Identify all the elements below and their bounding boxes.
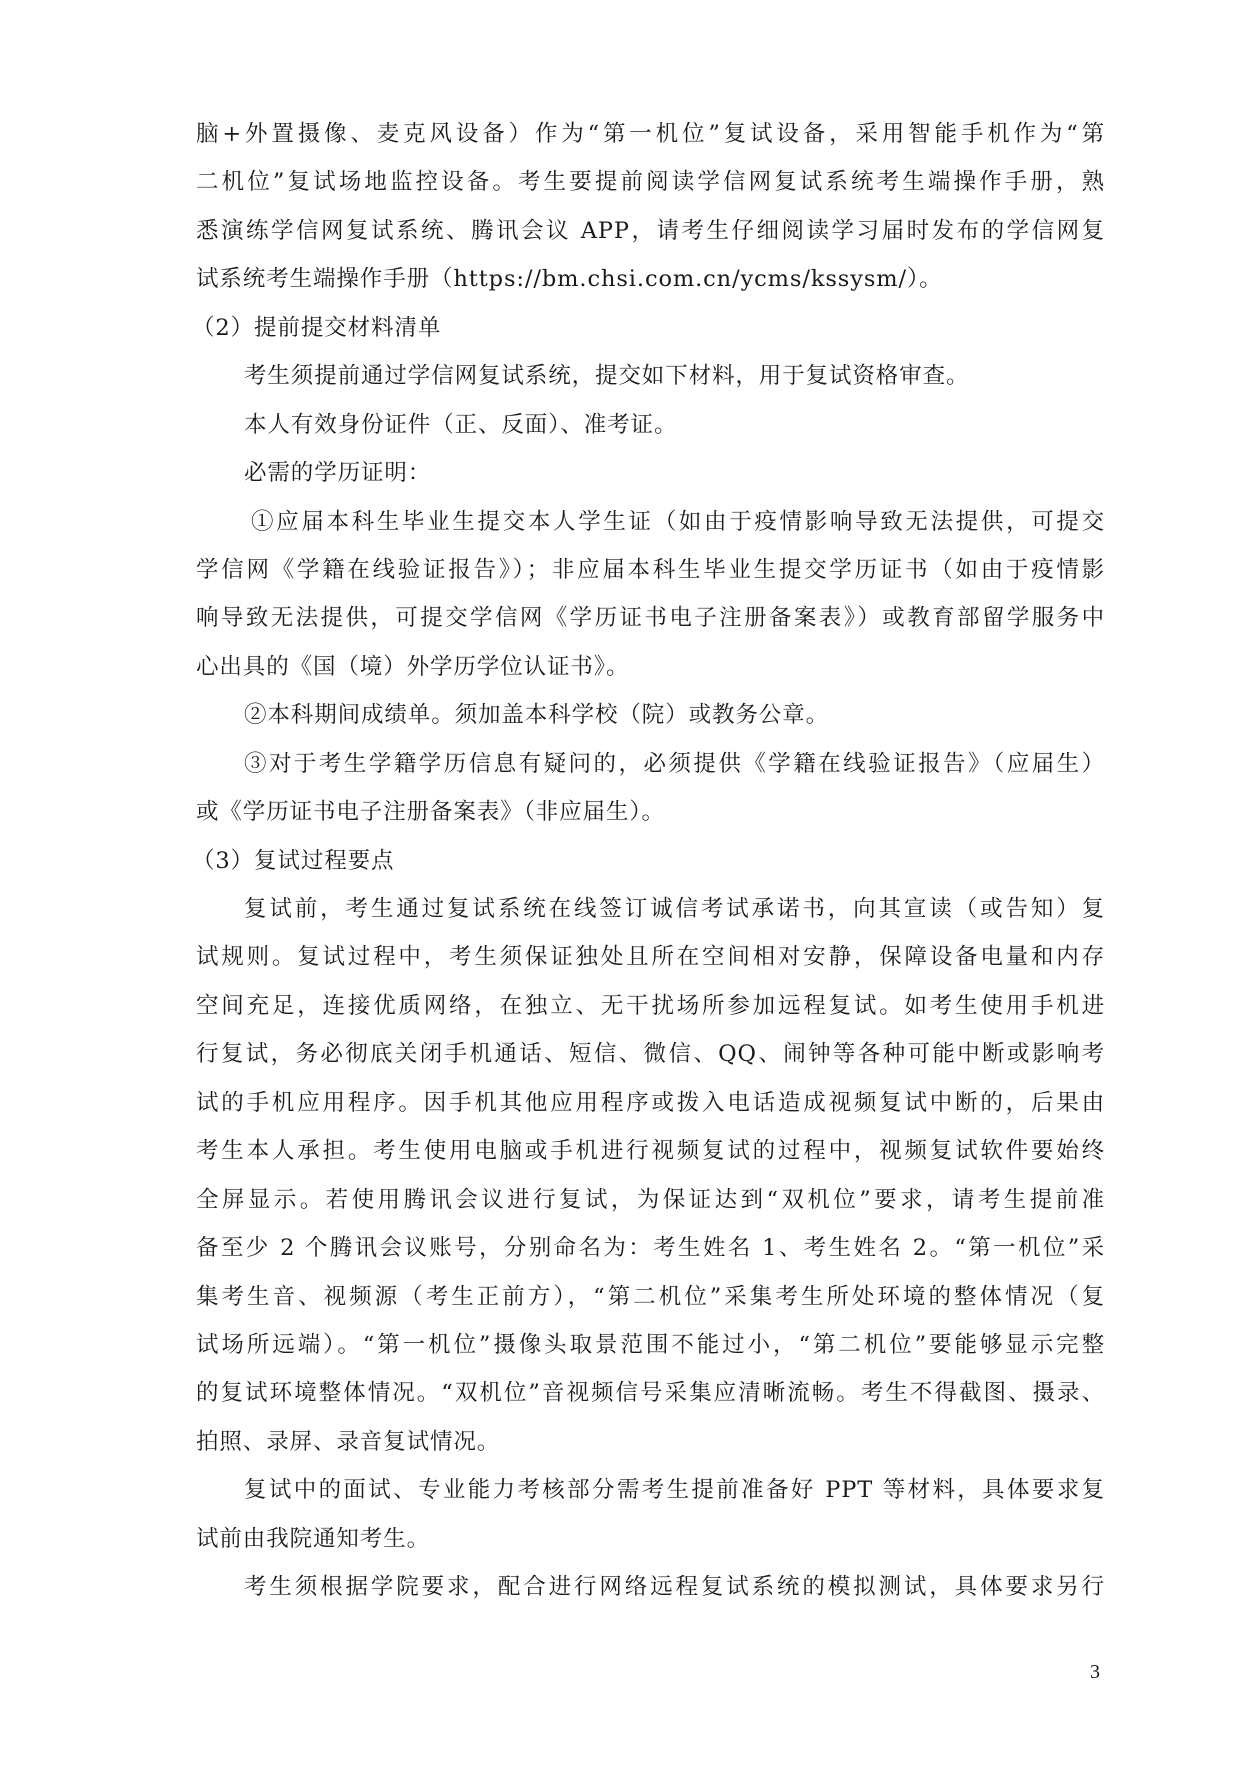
document-page: 脑+外置摄像、麦克风设备）作为“第一机位”复试设备，采用智能手机作为“第 二机位… (0, 0, 1256, 1777)
text-line: 备至少 2 个腾讯会议账号，分别命名为：考生姓名 1、考生姓名 2。“第一机位”… (196, 1224, 1105, 1272)
text-line: 悉演练学信网复试系统、腾讯会议 APP，请考生仔细阅读学习届时发布的学信网复 (196, 207, 1105, 255)
text-line: 考生本人承担。考生使用电脑或手机进行视频复试的过程中，视频复试软件要始终 (196, 1127, 1105, 1175)
text-line: 必需的学历证明： (196, 449, 1105, 497)
text-line-with-link: 试系统考生端操作手册（https://bm.chsi.com.cn/ycms/k… (196, 255, 1105, 303)
text-line: 全屏显示。若使用腾讯会议进行复试，为保证达到“双机位”要求，请考生提前准 (196, 1176, 1105, 1224)
text-line: 脑+外置摄像、麦克风设备）作为“第一机位”复试设备，采用智能手机作为“第 (196, 110, 1105, 158)
text-line: 的复试环境整体情况。“双机位”音视频信号采集应清晰流畅。考生不得截图、摄录、 (196, 1369, 1105, 1417)
section-heading-2: （2）提前提交材料清单 (196, 304, 1105, 352)
list-item-1: ①应届本科生毕业生提交本人学生证（如由于疫情影响导致无法提供，可提交 (196, 498, 1105, 546)
text-line: 试场所远端）。“第一机位”摄像头取景范围不能过小，“第二机位”要能够显示完整 (196, 1321, 1105, 1369)
text-line: 考生须根据学院要求，配合进行网络远程复试系统的模拟测试，具体要求另行 (196, 1563, 1105, 1611)
text-line: 复试中的面试、专业能力考核部分需考生提前准备好 PPT 等材料，具体要求复 (196, 1466, 1105, 1514)
text-line: 响导致无法提供，可提交学信网《学历证书电子注册备案表》）或教育部留学服务中 (196, 594, 1105, 642)
text-line: 本人有效身份证件（正、反面）、准考证。 (196, 401, 1105, 449)
text-line: 考生须提前通过学信网复试系统，提交如下材料，用于复试资格审查。 (196, 352, 1105, 400)
body-text: 脑+外置摄像、麦克风设备）作为“第一机位”复试设备，采用智能手机作为“第 二机位… (196, 110, 1105, 1612)
list-item-2: ②本科期间成绩单。须加盖本科学校（院）或教务公章。 (196, 691, 1105, 739)
text-line: 拍照、录屏、录音复试情况。 (196, 1418, 1105, 1466)
text-line: 行复试，务必彻底关闭手机通话、短信、微信、QQ、闹钟等各种可能中断或影响考 (196, 1030, 1105, 1078)
section-heading-3: （3）复试过程要点 (196, 837, 1105, 885)
text-line: 空间充足，连接优质网络，在独立、无干扰场所参加远程复试。如考生使用手机进 (196, 982, 1105, 1030)
text-line: 试前由我院通知考生。 (196, 1515, 1105, 1563)
text-line: 心出具的《国（境）外学历学位认证书》。 (196, 643, 1105, 691)
text-line: 或《学历证书电子注册备案表》（非应届生）。 (196, 788, 1105, 836)
page-number: 3 (1090, 1660, 1100, 1684)
text-line: 试的手机应用程序。因手机其他应用程序或拨入电话造成视频复试中断的，后果由 (196, 1079, 1105, 1127)
text-line: 二机位”复试场地监控设备。考生要提前阅读学信网复试系统考生端操作手册，熟 (196, 158, 1105, 206)
text-line: 复试前，考生通过复试系统在线签订诚信考试承诺书，向其宣读（或告知）复 (196, 885, 1105, 933)
text-line: 试规则。复试过程中，考生须保证独处且所在空间相对安静，保障设备电量和内存 (196, 933, 1105, 981)
list-item-3: ③对于考生学籍学历信息有疑问的，必须提供《学籍在线验证报告》（应届生） (196, 740, 1105, 788)
text-line: 学信网《学籍在线验证报告》）；非应届本科生毕业生提交学历证书（如由于疫情影 (196, 546, 1105, 594)
text-line: 集考生音、视频源（考生正前方），“第二机位”采集考生所处环境的整体情况（复 (196, 1273, 1105, 1321)
